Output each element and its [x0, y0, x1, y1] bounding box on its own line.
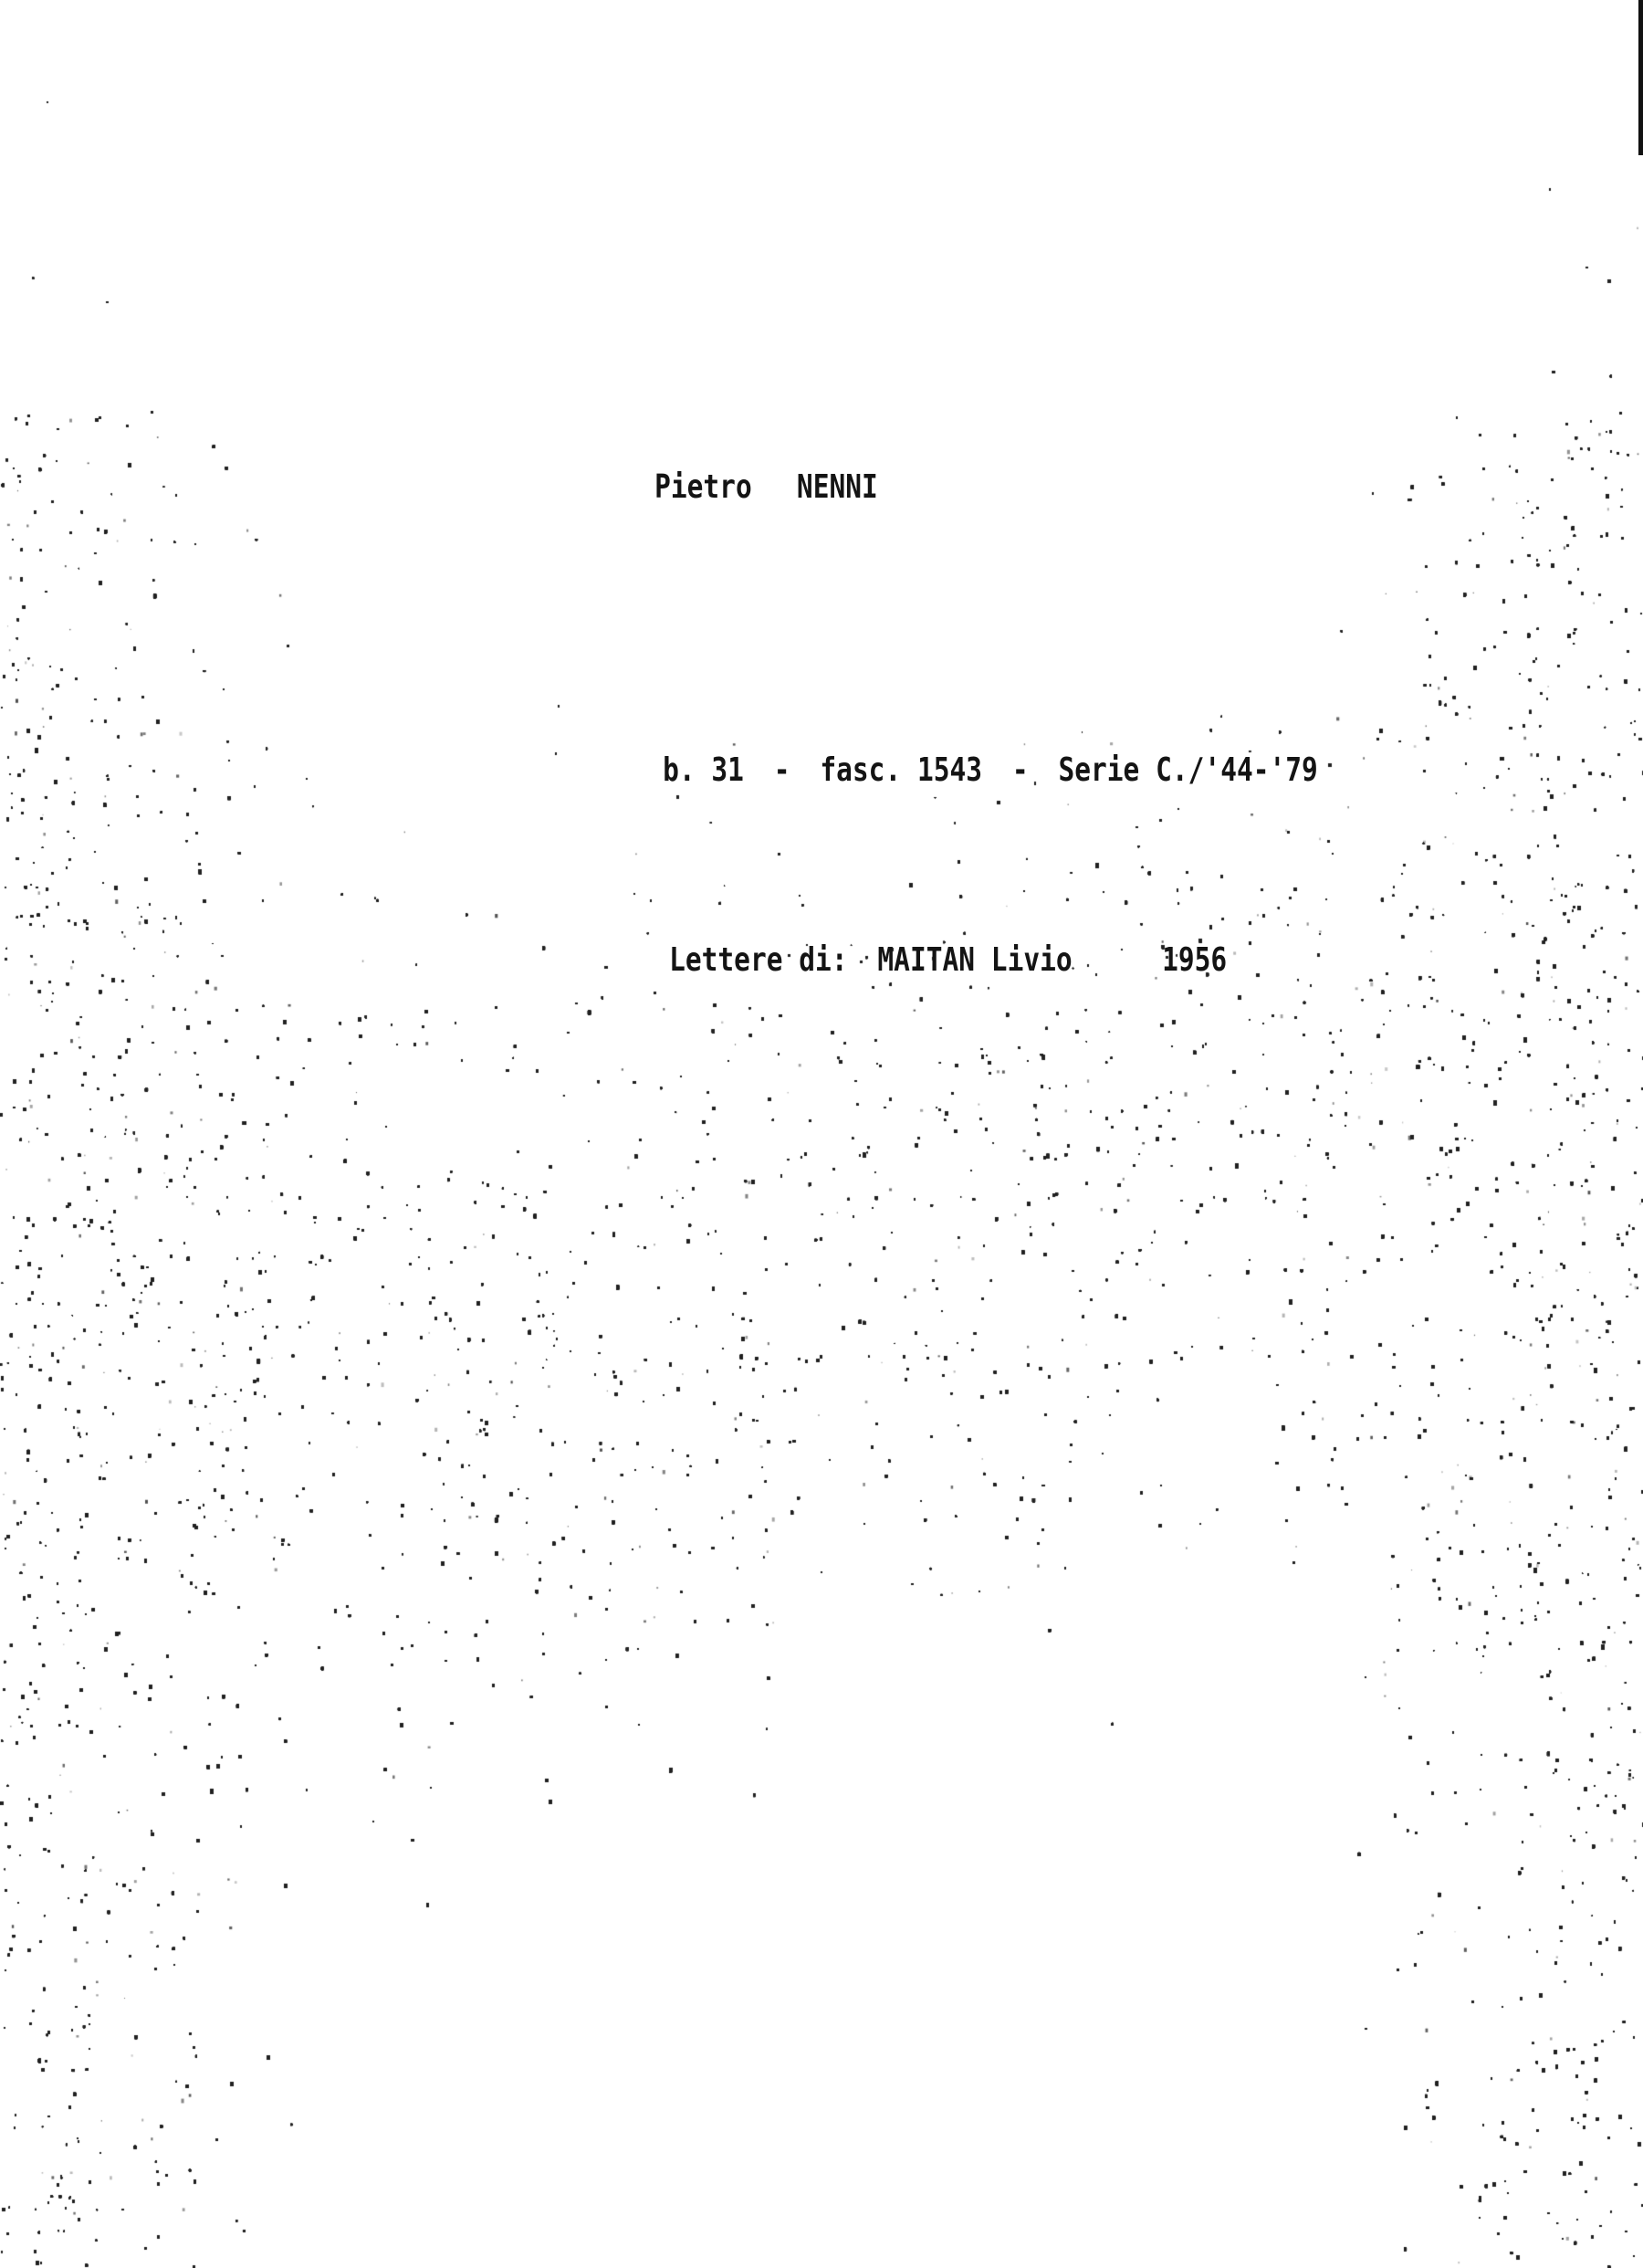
document-heading: PietroNENNI [590, 431, 878, 543]
heading-first-name: Pietro [654, 468, 752, 506]
scanned-document-page: PietroNENNI b. 31-fasc. 1543-Serie C./'4… [0, 0, 1643, 2268]
busta-number: b. 31 [663, 751, 744, 789]
letters-line: Lettere di:MAITAN Livio1956 [604, 904, 1227, 1016]
archive-reference: b. 31-fasc. 1543-Serie C./'44-'79 [598, 714, 1318, 826]
separator: - [1012, 751, 1029, 789]
letters-year: 1956 [1162, 941, 1227, 979]
scan-noise-background [0, 0, 1643, 2268]
letters-author: MAITAN Livio [877, 941, 1072, 979]
serie-label: Serie C./'44-'79 [1058, 751, 1317, 789]
letters-label: Lettere di: [669, 941, 848, 979]
separator: - [774, 751, 790, 789]
fascicolo-number: fasc. 1543 [820, 751, 982, 789]
page-edge-shadow [1638, 0, 1643, 155]
heading-last-name: NENNI [797, 468, 878, 506]
